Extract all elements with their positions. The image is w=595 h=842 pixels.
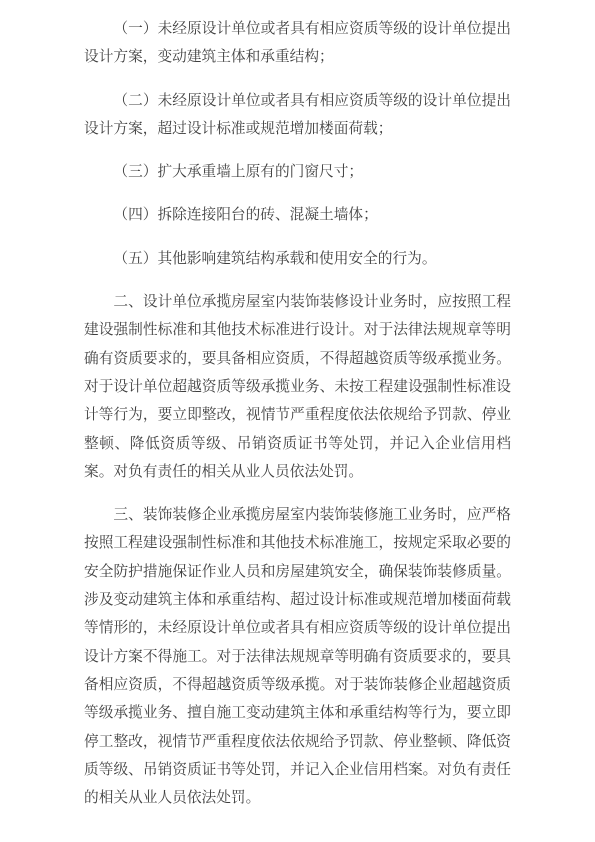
clause-item-2: （二）未经原设计单位或者具有相应资质等级的设计单位提出设计方案，超过设计标准或规… bbox=[84, 87, 511, 144]
clause-item-5: （五）其他影响建筑结构承载和使用安全的行为。 bbox=[84, 245, 511, 273]
document-page: （一）未经原设计单位或者具有相应资质等级的设计单位提出设计方案，变动建筑主体和承… bbox=[0, 0, 595, 842]
section-paragraph-3: 三、装饰装修企业承揽房屋室内装饰装修施工业务时，应严格按照工程建设强制性标准和其… bbox=[84, 501, 511, 812]
clause-item-4: （四）拆除连接阳台的砖、混凝土墙体； bbox=[84, 201, 511, 229]
clause-item-1: （一）未经原设计单位或者具有相应资质等级的设计单位提出设计方案，变动建筑主体和承… bbox=[84, 15, 511, 72]
document-body: （一）未经原设计单位或者具有相应资质等级的设计单位提出设计方案，变动建筑主体和承… bbox=[0, 0, 595, 812]
clause-item-3: （三）扩大承重墙上原有的门窗尺寸； bbox=[84, 158, 511, 186]
section-paragraph-2: 二、设计单位承揽房屋室内装饰装修设计业务时，应按照工程建设强制性标准和其他技术标… bbox=[84, 288, 511, 486]
